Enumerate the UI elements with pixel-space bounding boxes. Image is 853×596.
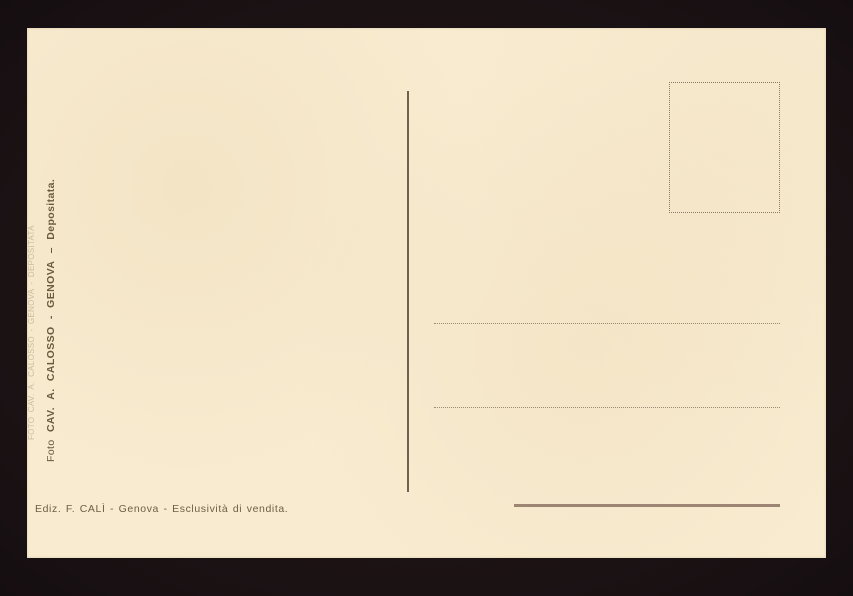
photo-credit: Foto CAV. A. CALOSSO - GENOVA – Deposita… — [45, 179, 57, 462]
address-line-1 — [434, 323, 780, 324]
address-line-3 — [514, 504, 780, 507]
credit-city: GENOVA — [45, 261, 57, 308]
publisher-line: Ediz. F. CALÌ - Genova - Esclusività di … — [35, 503, 288, 515]
credit-name: CALOSSO — [45, 326, 57, 381]
credit-prefix: Foto — [45, 439, 57, 462]
photo-credit-showthrough: FOTO CAV. A. CALOSSO - GENOVA - DEPOSITA… — [27, 225, 36, 440]
stamp-placeholder-box — [669, 82, 780, 213]
credit-sep-1: - — [45, 315, 57, 319]
credit-initial: A. — [45, 388, 57, 399]
credit-title: CAV. — [45, 407, 57, 432]
credit-sep-2: – — [45, 247, 57, 253]
address-line-2 — [434, 407, 780, 408]
center-divider — [407, 91, 409, 492]
credit-status: Depositata. — [45, 179, 57, 240]
